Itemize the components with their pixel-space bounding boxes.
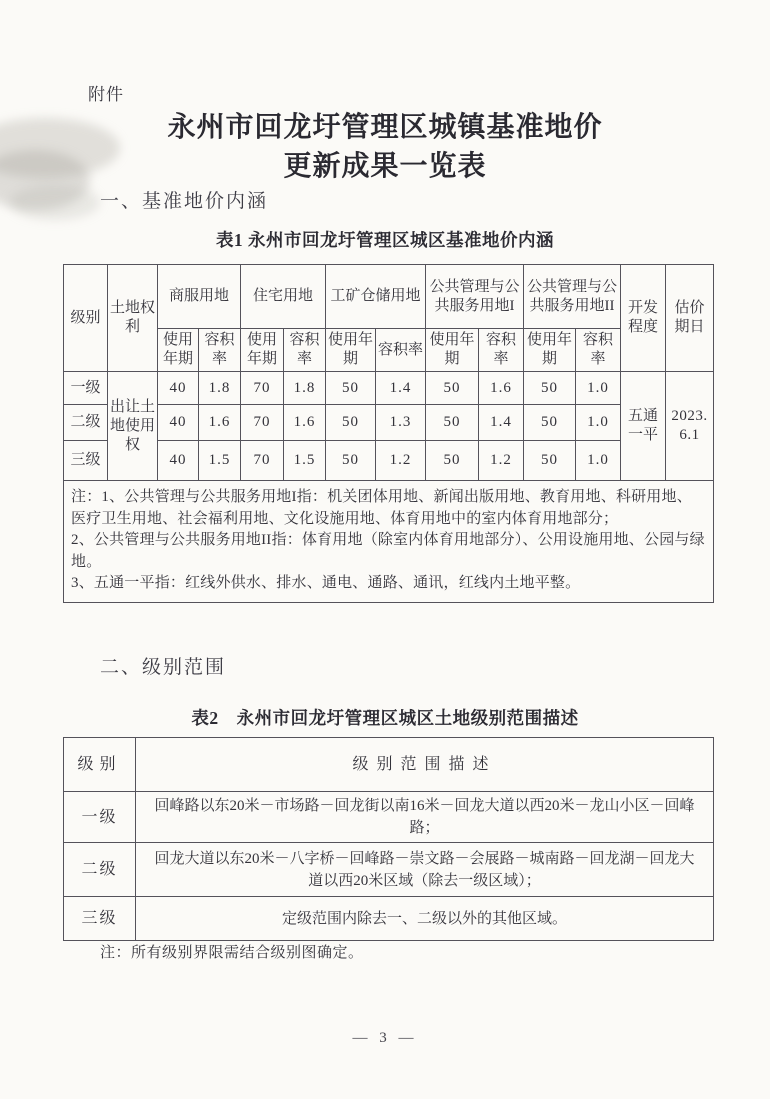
cell-value: 1.0	[576, 441, 621, 481]
scanned-document-page: 附件 永州市回龙圩管理区城镇基准地价 更新成果一览表 一、基准地价内涵 表1 永…	[0, 0, 770, 1099]
cell-value: 1.8	[199, 372, 241, 405]
th-range-desc: 级别范围描述	[136, 738, 714, 792]
cell-value: 50	[326, 441, 376, 481]
th-group-commercial: 商服用地	[158, 265, 241, 329]
th-land-right: 土地权利	[108, 265, 158, 372]
cell-value: 50	[326, 405, 376, 441]
attachment-label: 附件	[88, 80, 124, 105]
document-title-line1: 永州市回龙圩管理区城镇基准地价	[0, 108, 770, 147]
cell-value: 1.2	[479, 441, 524, 481]
cell-value: 40	[158, 372, 199, 405]
cell-range-desc: 定级范围内除去一、二级以外的其他区域。	[136, 897, 714, 941]
cell-value: 50	[524, 441, 576, 481]
cell-value: 50	[426, 441, 479, 481]
cell-value: 70	[241, 372, 284, 405]
table-row: 三级 40 1.5 70 1.5 50 1.2 50 1.2 50 1.0	[64, 441, 714, 481]
th-use-years: 使用年期	[326, 329, 376, 372]
table2-level-ranges: 级别 级别范围描述 一级 回峰路以东20米－市场路－回龙街以南16米－回龙大道以…	[63, 737, 714, 941]
table1-note-3: 3、五通一平指：红线外供水、排水、通电、通路、通讯，红线内土地平整。	[71, 573, 706, 595]
table-row: 一级 回峰路以东20米－市场路－回龙街以南16米－回龙大道以西20米－龙山小区－…	[64, 792, 714, 843]
table1-notes: 注：1、公共管理与公共服务用地I指：机关团体用地、新闻出版用地、教育用地、科研用…	[64, 481, 714, 603]
cell-valuation-date: 2023.6.1	[666, 372, 714, 481]
th-plot-ratio: 容积率	[284, 329, 326, 372]
cell-value: 40	[158, 405, 199, 441]
th-level: 级别	[64, 738, 136, 792]
th-valuation-date: 估价期日	[666, 265, 714, 372]
table1-note-1: 注：1、公共管理与公共服务用地I指：机关团体用地、新闻出版用地、教育用地、科研用…	[71, 487, 706, 530]
cell-value: 1.4	[479, 405, 524, 441]
cell-range-desc: 回龙大道以东20米－八字桥－回峰路－崇文路－会展路－城南路－回龙湖－回龙大道以西…	[136, 843, 714, 897]
th-group-industrial: 工矿仓储用地	[326, 265, 426, 329]
scan-smudge	[10, 185, 100, 220]
cell-level: 三级	[64, 441, 108, 481]
cell-level: 二级	[64, 405, 108, 441]
cell-level: 二级	[64, 843, 136, 897]
cell-value: 70	[241, 441, 284, 481]
cell-value: 1.6	[284, 405, 326, 441]
th-level: 级别	[64, 265, 108, 372]
table1-note-2: 2、公共管理与公共服务用地II指：体育用地（除室内体育用地部分）、公用设施用地、…	[71, 530, 706, 573]
section2-heading: 二、级别范围	[100, 652, 226, 679]
cell-value: 40	[158, 441, 199, 481]
cell-level: 三级	[64, 897, 136, 941]
cell-range-desc: 回峰路以东20米－市场路－回龙街以南16米－回龙大道以西20米－龙山小区－回峰路…	[136, 792, 714, 843]
cell-value: 1.8	[284, 372, 326, 405]
th-plot-ratio: 容积率	[479, 329, 524, 372]
page-number: — 3 —	[0, 1030, 770, 1047]
cell-value: 1.5	[199, 441, 241, 481]
table2-caption: 表2 永州市回龙圩管理区城区土地级别范围描述	[0, 705, 770, 730]
cell-value: 70	[241, 405, 284, 441]
cell-level: 一级	[64, 372, 108, 405]
th-development: 开发程度	[621, 265, 666, 372]
th-group-residential: 住宅用地	[241, 265, 326, 329]
cell-development: 五通一平	[621, 372, 666, 481]
th-group-public2: 公共管理与公共服务用地II	[524, 265, 621, 329]
table-row: 一级 出让土地使用权 40 1.8 70 1.8 50 1.4 50 1.6 5…	[64, 372, 714, 405]
cell-value: 50	[524, 372, 576, 405]
table-row: 三级 定级范围内除去一、二级以外的其他区域。	[64, 897, 714, 941]
cell-value: 50	[524, 405, 576, 441]
cell-value: 1.6	[479, 372, 524, 405]
cell-value: 1.0	[576, 372, 621, 405]
cell-value: 50	[426, 372, 479, 405]
th-use-years: 使用年期	[524, 329, 576, 372]
th-group-public1: 公共管理与公共服务用地I	[426, 265, 524, 329]
table-row: 二级 回龙大道以东20米－八字桥－回峰路－崇文路－会展路－城南路－回龙湖－回龙大…	[64, 843, 714, 897]
th-plot-ratio: 容积率	[576, 329, 621, 372]
cell-value: 1.6	[199, 405, 241, 441]
cell-level: 一级	[64, 792, 136, 843]
table-row: 二级 40 1.6 70 1.6 50 1.3 50 1.4 50 1.0	[64, 405, 714, 441]
th-use-years: 使用年期	[158, 329, 199, 372]
cell-value: 50	[326, 372, 376, 405]
cell-value: 1.5	[284, 441, 326, 481]
cell-value: 1.0	[576, 405, 621, 441]
cell-value: 1.3	[376, 405, 426, 441]
cell-land-right: 出让土地使用权	[108, 372, 158, 481]
cell-value: 50	[426, 405, 479, 441]
th-plot-ratio: 容积率	[376, 329, 426, 372]
table1-base-land-price: 级别 土地权利 商服用地 住宅用地 工矿仓储用地 公共管理与公共服务用地I 公共…	[63, 264, 714, 603]
th-use-years: 使用年期	[426, 329, 479, 372]
cell-value: 1.2	[376, 441, 426, 481]
th-plot-ratio: 容积率	[199, 329, 241, 372]
cell-value: 1.4	[376, 372, 426, 405]
section1-heading: 一、基准地价内涵	[100, 186, 268, 213]
th-use-years: 使用年期	[241, 329, 284, 372]
document-title: 永州市回龙圩管理区城镇基准地价 更新成果一览表	[0, 108, 770, 186]
document-title-line2: 更新成果一览表	[0, 147, 770, 186]
table2-note: 注：所有级别界限需结合级别图确定。	[100, 941, 364, 962]
table1-caption: 表1 永州市回龙圩管理区城区基准地价内涵	[0, 227, 770, 252]
